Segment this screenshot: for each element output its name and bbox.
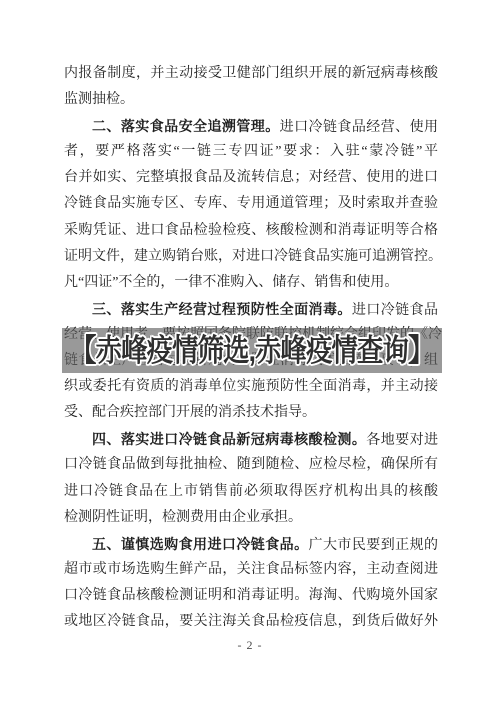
text-line: 受、配合疾控部门开展的消杀技术指导。 <box>64 400 438 426</box>
text-line: 检测阴性证明，检测费用由企业承担。 <box>64 505 438 531</box>
text-line: 经营、使用者，要按照国务院联防联控机制综合组印发的《冷 <box>64 322 438 348</box>
section-heading: 二、落实食品安全追溯管理。 <box>92 118 280 134</box>
document-body: 内报备制度，并主动接受卫健部门组织开展的新冠病毒核酸监测抽检。二、落实食品安全追… <box>64 61 438 635</box>
text-line: 织或委托有资质的消毒单位实施预防性全面消毒，并主动接 <box>64 374 438 400</box>
text-line: 或地区冷链食品，要关注海关食品检疫信息，到货后做好外 <box>64 609 438 635</box>
text-line: 者，要严格落实“一链三专四证”要求：入驻“蒙冷链”平 <box>64 139 438 165</box>
text-line: 采购凭证、进口食品检验检疫、核酸检测和消毒证明等合格 <box>64 218 438 244</box>
scanned-document-page: 内报备制度，并主动接受卫健部门组织开展的新冠病毒核酸监测抽检。二、落实食品安全追… <box>0 0 500 706</box>
text-line: 三、落实生产经营过程预防性全面消毒。进口冷链食品 <box>64 296 438 322</box>
text-line: 凡“四证”不全的，一律不准购入、储存、销售和使用。 <box>64 270 438 296</box>
text-line: 口冷链食品做到每批抽检、随到随检、应检尽检，确保所有 <box>64 452 438 478</box>
text-line: 进口冷链食品在上市销售前必须取得医疗机构出具的核酸 <box>64 479 438 505</box>
section-heading: 五、谨慎选购食用进口冷链食品。 <box>92 536 309 552</box>
text-line: 五、谨慎选购食用进口冷链食品。广大市民要到正规的 <box>64 531 438 557</box>
text-line: 内报备制度，并主动接受卫健部门组织开展的新冠病毒核酸 <box>64 61 438 87</box>
text-line: 超市或市场选购生鲜产品，关注食品标签内容，主动查阅进 <box>64 557 438 583</box>
page-number: - 2 - <box>0 638 500 653</box>
text-line: 冷链食品实施专区、专库、专用通道管理；及时索取并查验 <box>64 191 438 217</box>
text-line: 监测抽检。 <box>64 87 438 113</box>
text-line: 口冷链食品核酸检测证明和消毒证明。海淘、代购境外国家 <box>64 583 438 609</box>
text-line: 四、落实进口冷链食品新冠病毒核酸检测。各地要对进 <box>64 426 438 452</box>
text-line: 台并如实、完整填报食品及流转信息；对经营、使用的进口 <box>64 165 438 191</box>
text-line: 证明文件，建立购销台账，对进口冷链食品实施可追溯管控。 <box>64 244 438 270</box>
text-line: 链食品生产经营过程新冠病毒防控消毒技术指南》要求，组 <box>64 348 438 374</box>
section-heading: 四、落实进口冷链食品新冠病毒核酸检测。 <box>92 431 366 447</box>
section-heading: 三、落实生产经营过程预防性全面消毒。 <box>92 301 352 317</box>
text-line: 二、落实食品安全追溯管理。进口冷链食品经营、使用 <box>64 113 438 139</box>
